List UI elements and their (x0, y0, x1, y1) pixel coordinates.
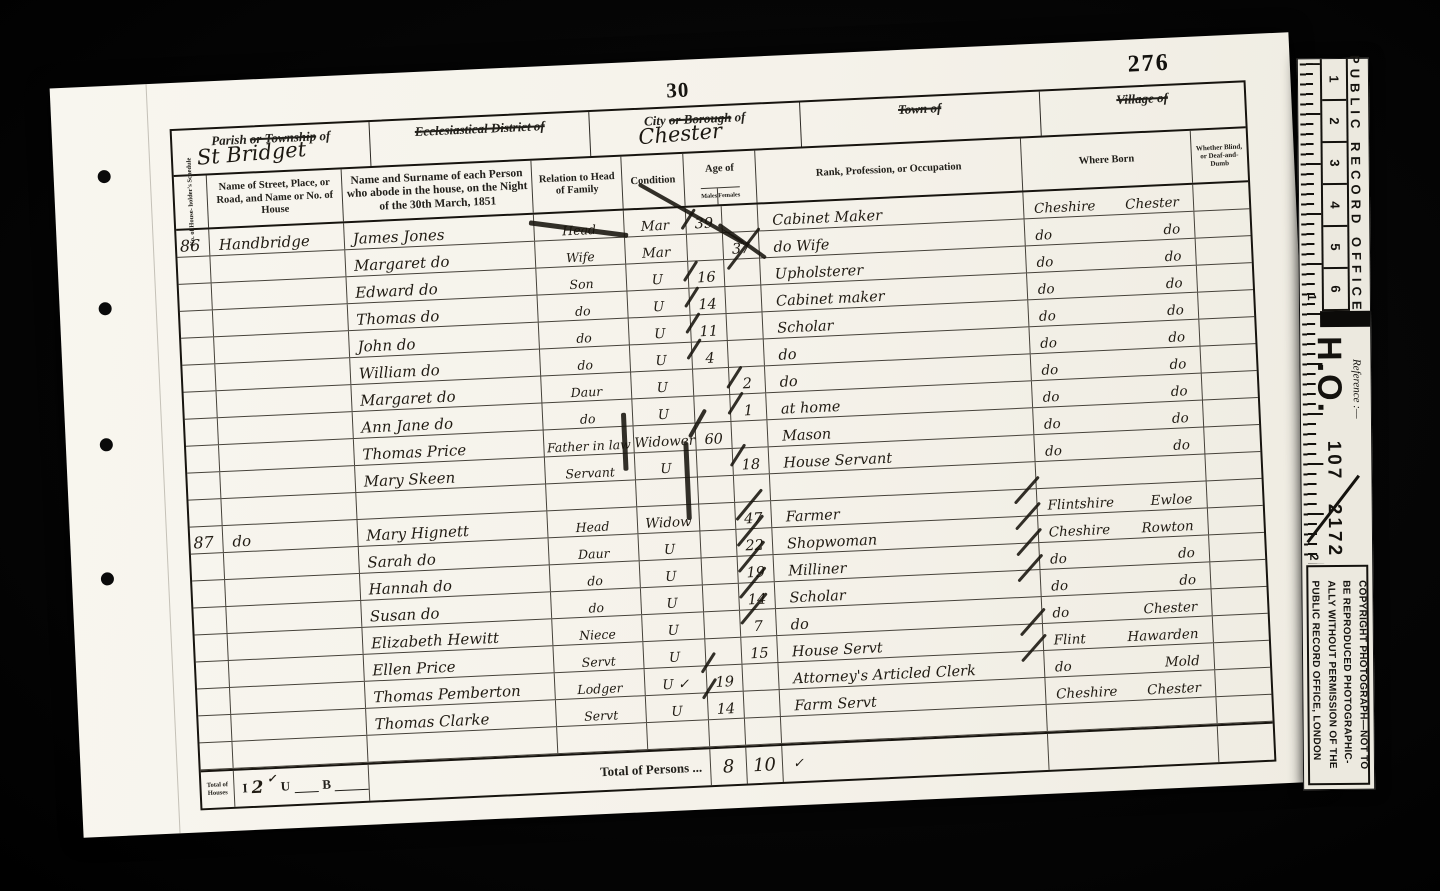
relation-cell (557, 723, 648, 753)
reference-series: H.O. (1309, 336, 1349, 414)
schedule-number (182, 364, 216, 391)
born-county: do (1050, 551, 1067, 568)
header-street: Name of Street, Place, or Road, and Name… (207, 169, 344, 227)
blind-cell (1208, 506, 1264, 534)
scale-number: 6 (1328, 285, 1343, 292)
blind-cell (1196, 236, 1252, 264)
blind-cell (1215, 668, 1271, 696)
schedule-number: 86 (176, 229, 210, 256)
ecclesiastical-label: Ecclesiastical District of (414, 118, 545, 139)
scale-number: 2 (1327, 117, 1342, 124)
total-females: 10 (746, 746, 784, 784)
punch-hole (97, 170, 111, 184)
copyright-line: PUBLIC RECORD OFFICE, LONDON (1307, 580, 1324, 770)
born-place: do (1179, 572, 1196, 589)
relation-cell: do (551, 588, 642, 618)
folio-number: 276 (1127, 50, 1170, 79)
photographed-census-page: 30 276 Parish or Township of St Bridget … (0, 0, 1440, 891)
age-male-cell (697, 449, 734, 477)
born-county: Flintshire (1047, 495, 1114, 514)
copyright-line: COPYRIGHT PHOTOGRAPH—NOT TO (1354, 580, 1371, 770)
ruler-number-2: 2 (1307, 554, 1321, 561)
age-female-cell (744, 690, 781, 718)
strip-title: PUBLIC RECORD OFFICE (1347, 55, 1364, 315)
relation-cell: Servt (556, 696, 647, 726)
blind-cell (1198, 290, 1254, 318)
total-males: 8 (710, 748, 748, 786)
age-male-cell (709, 719, 746, 747)
copyright-box: COPYRIGHT PHOTOGRAPH—NOT TO BE REPRODUCE… (1306, 565, 1370, 786)
blind-cell (1193, 182, 1249, 210)
parish-label-post: of (319, 128, 331, 143)
reference-label: Reference :— (1350, 359, 1363, 419)
born-place: Hawarden (1127, 626, 1199, 645)
born-county: do (1035, 227, 1052, 244)
blind-cell (1216, 695, 1272, 723)
blind-cell (1205, 452, 1261, 480)
blind-cell (1212, 587, 1268, 615)
relation-cell: do (539, 318, 630, 348)
blind-cell (1207, 479, 1263, 507)
condition-cell: U (640, 558, 703, 587)
census-form: Parish or Township of St Bridget Ecclesi… (170, 80, 1277, 810)
condition-cell: U (630, 343, 693, 372)
city-value: Chester (638, 119, 723, 150)
header-blind: Whether Blind, or Deaf-and-Dumb (1191, 128, 1248, 182)
condition-cell: U (627, 289, 690, 318)
condition-cell: U (629, 316, 692, 345)
relation-cell: Servt (553, 642, 644, 672)
born-place: Rowton (1141, 518, 1194, 536)
schedule-number (192, 580, 226, 607)
age-male-cell (698, 476, 735, 504)
parish-cell: Parish or Township of St Bridget (172, 122, 372, 175)
age-male-cell (699, 503, 736, 531)
born-place: do (1167, 302, 1184, 319)
born-county: do (1042, 389, 1059, 406)
relation-cell: do (540, 345, 631, 375)
scale-number: 3 (1327, 159, 1342, 166)
page-number: 30 (666, 78, 690, 104)
condition-cell: U (641, 585, 704, 614)
born-place: do (1178, 545, 1195, 562)
header-females: Females (718, 187, 741, 204)
age-female-cell: 1 (730, 393, 767, 421)
age-female-cell (745, 717, 782, 745)
age-female-cell (727, 312, 764, 340)
born-place: do (1164, 248, 1181, 265)
born-county: do (1045, 443, 1062, 460)
village-label: Village of (1116, 90, 1168, 107)
age-male-cell (687, 233, 724, 261)
totals-blind-cell (1218, 724, 1275, 762)
born-county: do (1044, 416, 1061, 433)
uninhabited-label: U (280, 778, 290, 794)
condition-cell: Mar (624, 208, 687, 237)
census-sheet: 30 276 Parish or Township of St Bridget … (50, 32, 1323, 837)
relation-cell: Niece (552, 615, 643, 645)
scale-cell: 1 (1322, 59, 1346, 101)
record-office-strip: 1 2 1 2 3 4 5 6 PUBLIC RECORD OFFICE Ref… (1297, 58, 1375, 791)
header-age-label: Age of (704, 152, 734, 188)
condition-cell: U (632, 397, 695, 426)
entries: 86 Handbridge James Jones Head Mar 39 Ca… (176, 182, 1272, 770)
scale-cell: 3 (1323, 143, 1347, 185)
inhabited-value: 2 (251, 778, 264, 799)
born-place: do (1170, 383, 1187, 400)
born-county: Flint (1053, 631, 1086, 648)
born-place: do (1163, 221, 1180, 238)
header-schedule: No. of House- holder's Schedule (174, 175, 209, 228)
relation-cell: Daur (549, 534, 640, 564)
blind-cell (1204, 425, 1260, 453)
age-female-cell: 7 (740, 609, 777, 637)
schedule-number (196, 661, 230, 688)
scale-number: 1 (1326, 75, 1341, 82)
relation-cell: Son (536, 265, 627, 295)
ruler-number-1: 1 (1305, 294, 1319, 301)
totals-born-cell (1048, 726, 1219, 770)
total-houses-label: Total of Houses (201, 771, 236, 808)
scale-number: 4 (1328, 201, 1343, 208)
born-county: Cheshire (1034, 198, 1096, 217)
punch-hole (100, 438, 114, 452)
age-female-cell: 15 (741, 636, 778, 664)
blind-cell (1202, 371, 1258, 399)
header-age: Age of Males Females (683, 151, 757, 206)
condition-cell: Mar (625, 235, 688, 264)
header-males: Males (701, 188, 719, 205)
blind-cell (1203, 398, 1259, 426)
relation-cell: do (550, 561, 641, 591)
blind-cell (1214, 641, 1270, 669)
born-place: do (1172, 410, 1189, 427)
scale-cell: 6 (1324, 269, 1348, 311)
age-female-cell (731, 420, 768, 448)
born-place: do (1173, 437, 1190, 454)
scale-cell: 2 (1322, 101, 1346, 143)
inhabited-check: ✓ (267, 772, 277, 785)
relation-cell: do (538, 292, 629, 322)
punch-hole (98, 302, 112, 316)
uninhabited-blank (294, 779, 319, 793)
relation-cell: Daur (541, 372, 632, 402)
born-place: Ewloe (1150, 491, 1193, 509)
reference-item: 2172 (1323, 504, 1345, 558)
relation-cell: Lodger (555, 669, 646, 699)
inhabited-label: I (242, 780, 248, 796)
born-county: do (1039, 308, 1056, 325)
copyright-text: COPYRIGHT PHOTOGRAPH—NOT TO BE REPRODUCE… (1307, 580, 1371, 770)
age-female-cell (742, 663, 779, 691)
schedule-number (185, 418, 219, 445)
relation-cell: Head (547, 507, 638, 537)
schedule-number (179, 283, 213, 310)
header-condition: Condition (621, 154, 685, 209)
born-county: do (1037, 281, 1054, 298)
reference-piece: 107 (1322, 441, 1344, 482)
born-county: do (1051, 578, 1068, 595)
age-male-cell (704, 611, 741, 639)
street-cell (232, 736, 368, 768)
header-relation: Relation to Head of Family (531, 157, 623, 213)
ecclesiastical-cell: Ecclesiastical District of (370, 112, 592, 166)
born-county: do (1040, 335, 1057, 352)
schedule-number (191, 553, 225, 580)
header-born: Where Born (1021, 131, 1193, 191)
total-houses-values: I 2 ✓ U B (234, 765, 370, 807)
village-cell: Village of (1040, 82, 1246, 135)
age-male-cell: 14 (708, 692, 745, 720)
schedule-number (198, 715, 232, 742)
age-male-cell: 60 (695, 422, 732, 450)
copyright-line: ALLY WITHOUT PERMISSION OF THE (1323, 580, 1340, 770)
condition-cell: U (643, 639, 706, 668)
age-female-cell (728, 339, 765, 367)
condition-cell: U (638, 531, 701, 560)
building-blank (335, 776, 369, 791)
born-county: do (1041, 362, 1058, 379)
schedule-number (177, 256, 211, 283)
born-place: do (1168, 329, 1185, 346)
born-county: do (1052, 605, 1069, 622)
born-county: Cheshire (1048, 522, 1110, 541)
born-place: Chester (1143, 599, 1197, 617)
schedule-number (188, 499, 222, 526)
town-label: Town of (898, 100, 942, 117)
schedule-number (187, 472, 221, 499)
scale-cell: 5 (1323, 227, 1347, 269)
age-male-cell (700, 530, 737, 558)
blind-cell (1197, 263, 1253, 291)
condition-cell (647, 720, 710, 749)
blind-cell (1201, 344, 1257, 372)
schedule-number (199, 742, 233, 769)
relation-cell: do (542, 399, 633, 429)
scale-number-column: 1 2 3 4 5 6 (1320, 59, 1350, 311)
condition-cell: U (631, 370, 694, 399)
schedule-number (197, 688, 231, 715)
city-cell: City or Borough of Chester (590, 102, 802, 155)
blind-cell (1209, 533, 1265, 561)
header-name: Name and Surname of each Person who abod… (342, 161, 534, 222)
city-label-post: of (734, 109, 746, 124)
blind-cell (1199, 317, 1255, 345)
header-occupation: Rank, Profession, or Occupation (755, 139, 1023, 203)
punch-hole (101, 572, 115, 586)
building-label: B (322, 776, 331, 792)
blind-cell (1213, 614, 1269, 642)
born-place: Mold (1165, 653, 1201, 671)
strip-black-bar (1320, 311, 1370, 327)
condition-cell: U (642, 612, 705, 641)
born-place: do (1169, 356, 1186, 373)
condition-cell: U (626, 262, 689, 291)
relation-cell (546, 480, 637, 510)
age-male-cell: 19 (707, 665, 744, 693)
schedule-number (181, 337, 215, 364)
schedule-number (193, 607, 227, 634)
relation-cell: Wife (535, 238, 626, 268)
born-place: Chester (1125, 194, 1179, 212)
age-male-cell (703, 584, 740, 612)
scale-number: 5 (1328, 243, 1343, 250)
age-female-cell: 2 (729, 366, 766, 394)
blind-cell (1210, 560, 1266, 588)
schedule-number: 87 (190, 526, 224, 553)
born-place: do (1166, 275, 1183, 292)
age-female-cell (725, 285, 762, 313)
blind-cell (1194, 209, 1250, 237)
schedule-number (186, 445, 220, 472)
scale-cell: 4 (1323, 185, 1347, 227)
born-county: do (1036, 254, 1053, 271)
condition-cell: U ✓ (645, 666, 708, 695)
age-male-cell (693, 368, 730, 396)
born-county: Cheshire (1056, 684, 1118, 703)
schedule-number (195, 634, 229, 661)
schedule-number (184, 391, 218, 418)
copyright-line: BE REPRODUCED PHOTOGRAPHIC- (1338, 580, 1355, 770)
condition-cell: U (646, 693, 709, 722)
age-male-cell (702, 557, 739, 585)
born-county: do (1055, 659, 1072, 676)
schedule-number (180, 310, 214, 337)
born-place: Chester (1147, 680, 1201, 698)
